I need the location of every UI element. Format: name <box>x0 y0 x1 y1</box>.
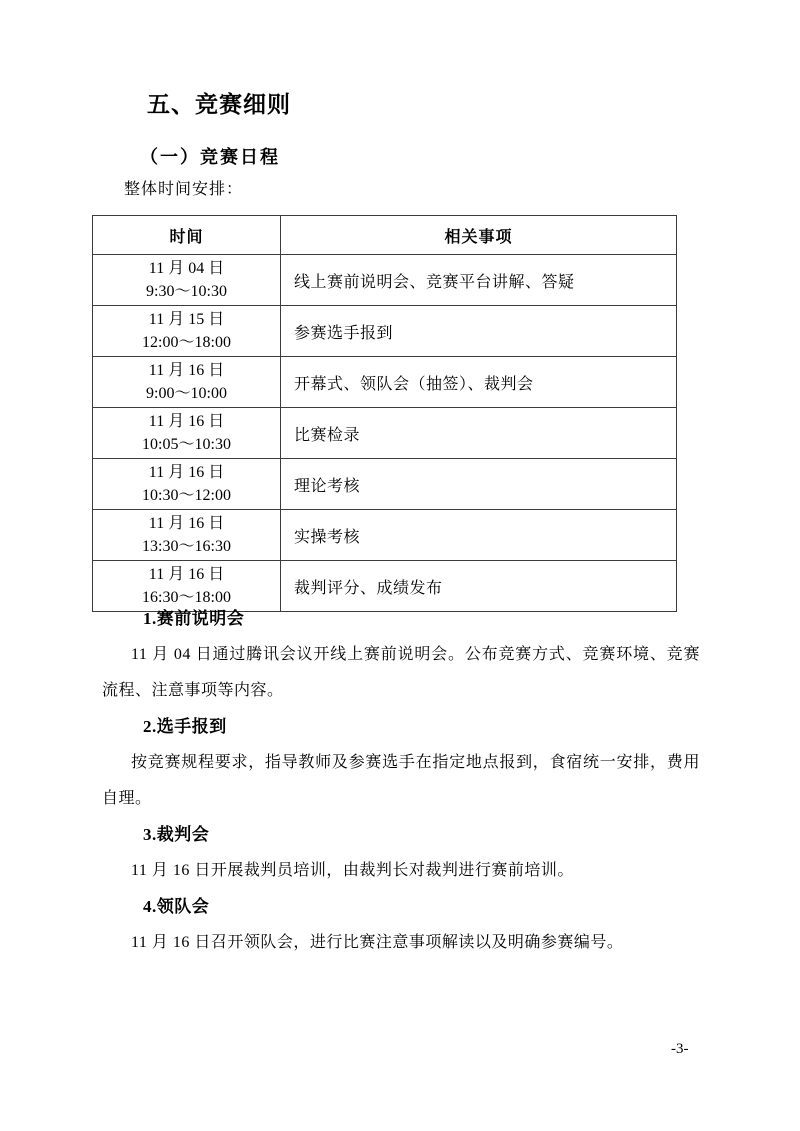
intro-text: 整体时间安排： <box>124 176 243 199</box>
date-text: 11 月 16 日 <box>93 410 280 433</box>
page-number: -3- <box>671 1041 689 1058</box>
table-header-time: 时间 <box>93 216 281 255</box>
section-1-heading: 1.赛前说明会 <box>102 601 700 637</box>
table-row: 11 月 15 日 12:00～18:00 参赛选手报到 <box>93 306 677 357</box>
section-2-heading: 2.选手报到 <box>102 709 700 745</box>
section-heading-schedule: （一）竞赛日程 <box>140 143 280 169</box>
time-cell: 11 月 16 日 13:30～16:30 <box>93 510 281 561</box>
event-cell: 实操考核 <box>281 510 677 561</box>
section-4-body: 11 月 16 日召开领队会，进行比赛注意事项解读以及明确参赛编号。 <box>102 925 700 961</box>
date-text: 11 月 16 日 <box>93 512 280 535</box>
sections-container: 1.赛前说明会 11 月 04 日通过腾讯会议开线上赛前说明会。公布竞赛方式、竞… <box>102 601 700 961</box>
event-cell: 线上赛前说明会、竞赛平台讲解、答疑 <box>281 255 677 306</box>
time-text: 13:30～16:30 <box>93 535 280 558</box>
table-row: 11 月 16 日 9:00～10:00 开幕式、领队会（抽签）、裁判会 <box>93 357 677 408</box>
section-3-heading: 3.裁判会 <box>102 817 700 853</box>
time-cell: 11 月 16 日 10:30～12:00 <box>93 459 281 510</box>
time-text: 12:00～18:00 <box>93 331 280 354</box>
date-text: 11 月 16 日 <box>93 563 280 586</box>
event-cell: 理论考核 <box>281 459 677 510</box>
event-cell: 比赛检录 <box>281 408 677 459</box>
event-cell: 开幕式、领队会（抽签）、裁判会 <box>281 357 677 408</box>
table-row: 11 月 16 日 13:30～16:30 实操考核 <box>93 510 677 561</box>
table-header-row: 时间 相关事项 <box>93 216 677 255</box>
page-title: 五、竞赛细则 <box>147 86 291 119</box>
document-page: 五、竞赛细则 （一）竞赛日程 整体时间安排： 时间 相关事项 11 月 04 日… <box>0 0 800 1131</box>
table-row: 11 月 04 日 9:30～10:30 线上赛前说明会、竞赛平台讲解、答疑 <box>93 255 677 306</box>
table-header-event: 相关事项 <box>281 216 677 255</box>
time-cell: 11 月 16 日 9:00～10:00 <box>93 357 281 408</box>
date-text: 11 月 15 日 <box>93 308 280 331</box>
date-text: 11 月 04 日 <box>93 257 280 280</box>
schedule-table: 时间 相关事项 11 月 04 日 9:30～10:30 线上赛前说明会、竞赛平… <box>92 215 677 612</box>
section-1-body: 11 月 04 日通过腾讯会议开线上赛前说明会。公布竞赛方式、竞赛环境、竞赛流程… <box>102 637 700 709</box>
event-cell: 参赛选手报到 <box>281 306 677 357</box>
date-text: 11 月 16 日 <box>93 461 280 484</box>
time-cell: 11 月 15 日 12:00～18:00 <box>93 306 281 357</box>
time-cell: 11 月 16 日 10:05～10:30 <box>93 408 281 459</box>
time-text: 10:05～10:30 <box>93 433 280 456</box>
time-cell: 11 月 04 日 9:30～10:30 <box>93 255 281 306</box>
table-row: 11 月 16 日 10:05～10:30 比赛检录 <box>93 408 677 459</box>
section-4-heading: 4.领队会 <box>102 889 700 925</box>
section-2-body: 按竞赛规程要求，指导教师及参赛选手在指定地点报到，食宿统一安排，费用自理。 <box>102 745 700 817</box>
time-text: 9:00～10:00 <box>93 382 280 405</box>
section-3-body: 11 月 16 日开展裁判员培训，由裁判长对裁判进行赛前培训。 <box>102 853 700 889</box>
date-text: 11 月 16 日 <box>93 359 280 382</box>
time-text: 9:30～10:30 <box>93 280 280 303</box>
table-row: 11 月 16 日 10:30～12:00 理论考核 <box>93 459 677 510</box>
time-text: 10:30～12:00 <box>93 484 280 507</box>
